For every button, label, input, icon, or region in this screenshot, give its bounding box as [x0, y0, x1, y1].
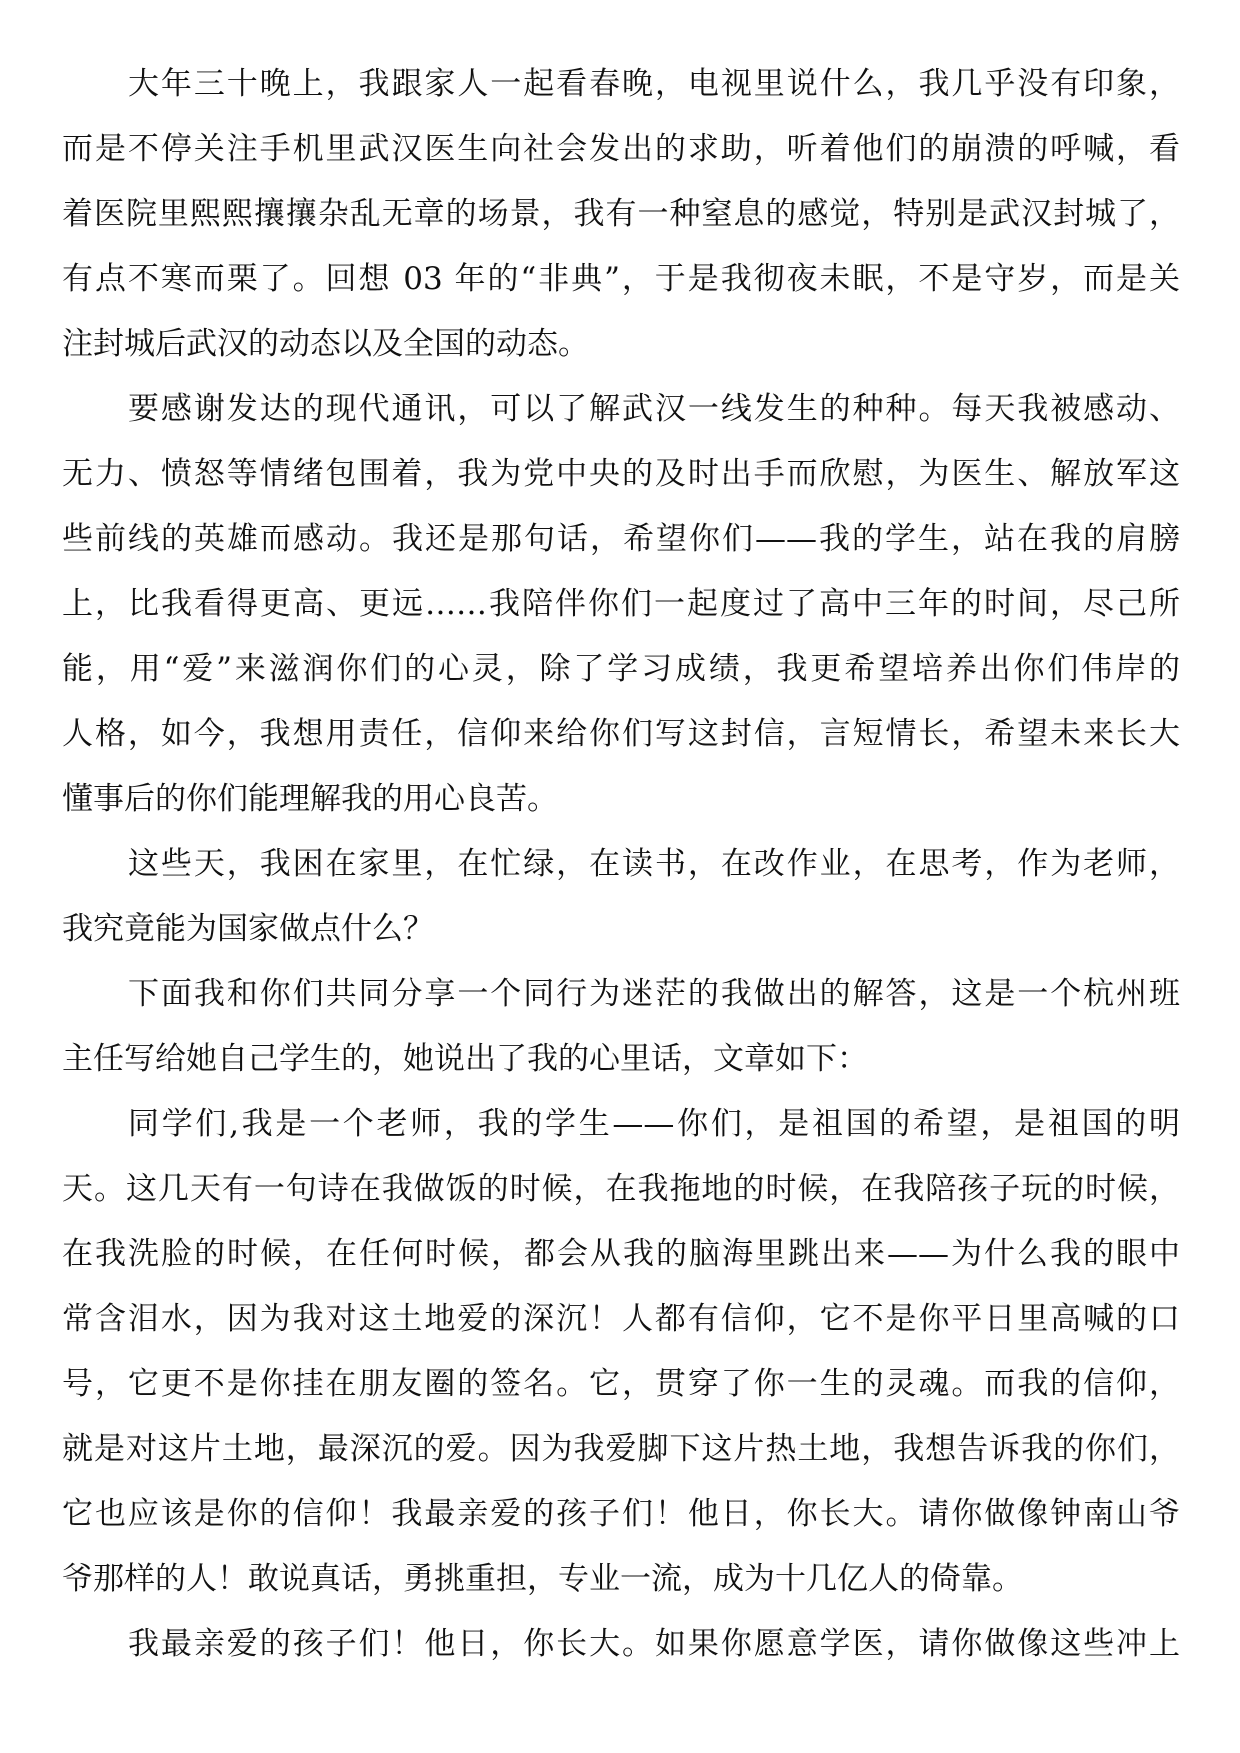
- text-line: 同学们,我是一个老师，我的学生——你们，是祖国的希望，是祖国的明: [62, 1092, 1180, 1157]
- text-line: 我最亲爱的孩子们！他日，你长大。如果你愿意学医，请你做像这些冲上: [62, 1612, 1180, 1677]
- text-line: 这些天，我困在家里，在忙绿，在读书，在改作业，在思考，作为老师，: [62, 832, 1180, 897]
- text-line: 在我洗脸的时候，在任何时候，都会从我的脑海里跳出来——为什么我的眼中: [62, 1222, 1180, 1287]
- paragraph-these-days: 这些天，我困在家里，在忙绿，在读书，在改作业，在思考，作为老师， 我究竟能为国家…: [62, 832, 1180, 962]
- text-line: 上，比我看得更高、更远……我陪伴你们一起度过了高中三年的时间，尽己所: [62, 572, 1180, 637]
- text-line: 些前线的英雄而感动。我还是那句话，希望你们——我的学生，站在我的肩膀: [62, 507, 1180, 572]
- text-line: 大年三十晚上，我跟家人一起看春晚，电视里说什么，我几乎没有印象，: [62, 52, 1180, 117]
- text-line: 要感谢发达的现代通讯，可以了解武汉一线发生的种种。每天我被感动、: [62, 377, 1180, 442]
- text-line: 就是对这片土地，最深沉的爱。因为我爱脚下这片热土地，我想告诉我的你们，: [62, 1417, 1180, 1482]
- text-line: 我究竟能为国家做点什么？: [62, 897, 1180, 962]
- text-line: 天。这几天有一句诗在我做饭的时候，在我拖地的时候，在我陪孩子玩的时候，: [62, 1157, 1180, 1222]
- text-line: 而是不停关注手机里武汉医生向社会发出的求助，听着他们的崩溃的呼喊，看: [62, 117, 1180, 182]
- text-line: 着医院里熙熙攘攘杂乱无章的场景，我有一种窒息的感觉，特别是武汉封城了，: [62, 182, 1180, 247]
- text-line: 人格，如今，我想用责任，信仰来给你们写这封信，言短情长，希望未来长大: [62, 702, 1180, 767]
- paragraph-dear-children: 我最亲爱的孩子们！他日，你长大。如果你愿意学医，请你做像这些冲上: [62, 1612, 1180, 1677]
- text-line: 无力、愤怒等情绪包围着，我为党中央的及时出手而欣慰，为医生、解放军这: [62, 442, 1180, 507]
- paragraph-new-year-eve: 大年三十晚上，我跟家人一起看春晚，电视里说什么，我几乎没有印象， 而是不停关注手…: [62, 52, 1180, 377]
- text-line: 下面我和你们共同分享一个同行为迷茫的我做出的解答，这是一个杭州班: [62, 962, 1180, 1027]
- text-line: 号，它更不是你挂在朋友圈的签名。它，贯穿了你一生的灵魂。而我的信仰，: [62, 1352, 1180, 1417]
- text-line: 爷那样的人！敢说真话，勇挑重担，专业一流，成为十几亿人的倚靠。: [62, 1547, 1180, 1612]
- text-line: 它也应该是你的信仰！我最亲爱的孩子们！他日，你长大。请你做像钟南山爷: [62, 1482, 1180, 1547]
- document-page: 大年三十晚上，我跟家人一起看春晚，电视里说什么，我几乎没有印象， 而是不停关注手…: [62, 52, 1180, 1677]
- text-line: 主任写给她自己学生的，她说出了我的心里话，文章如下：: [62, 1027, 1180, 1092]
- paragraph-gratitude: 要感谢发达的现代通讯，可以了解武汉一线发生的种种。每天我被感动、 无力、愤怒等情…: [62, 377, 1180, 832]
- text-line: 有点不寒而栗了。回想 03 年的“非典”，于是我彻夜未眠，不是守岁，而是关: [62, 247, 1180, 312]
- paragraph-students-letter: 同学们,我是一个老师，我的学生——你们，是祖国的希望，是祖国的明 天。这几天有一…: [62, 1092, 1180, 1612]
- text-line: 注封城后武汉的动态以及全国的动态。: [62, 312, 1180, 377]
- text-line: 能，用“爱”来滋润你们的心灵，除了学习成绩，我更希望培养出你们伟岸的: [62, 637, 1180, 702]
- text-line: 常含泪水，因为我对这土地爱的深沉！人都有信仰，它不是你平日里高喊的口: [62, 1287, 1180, 1352]
- text-line: 懂事后的你们能理解我的用心良苦。: [62, 767, 1180, 832]
- paragraph-share-intro: 下面我和你们共同分享一个同行为迷茫的我做出的解答，这是一个杭州班 主任写给她自己…: [62, 962, 1180, 1092]
